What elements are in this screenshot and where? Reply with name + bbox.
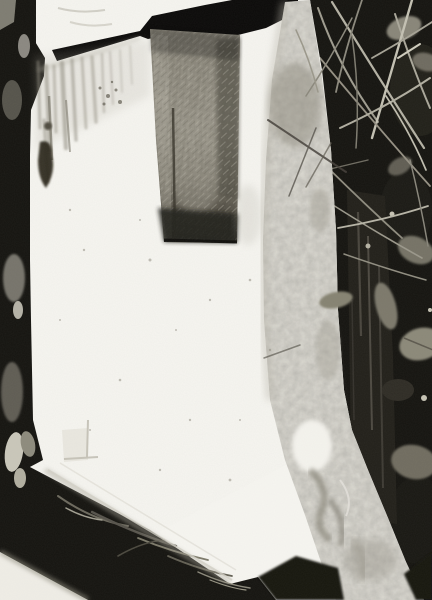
film-grain bbox=[0, 0, 432, 600]
stone-niche-photograph bbox=[0, 0, 432, 600]
photo-canvas bbox=[0, 0, 432, 600]
